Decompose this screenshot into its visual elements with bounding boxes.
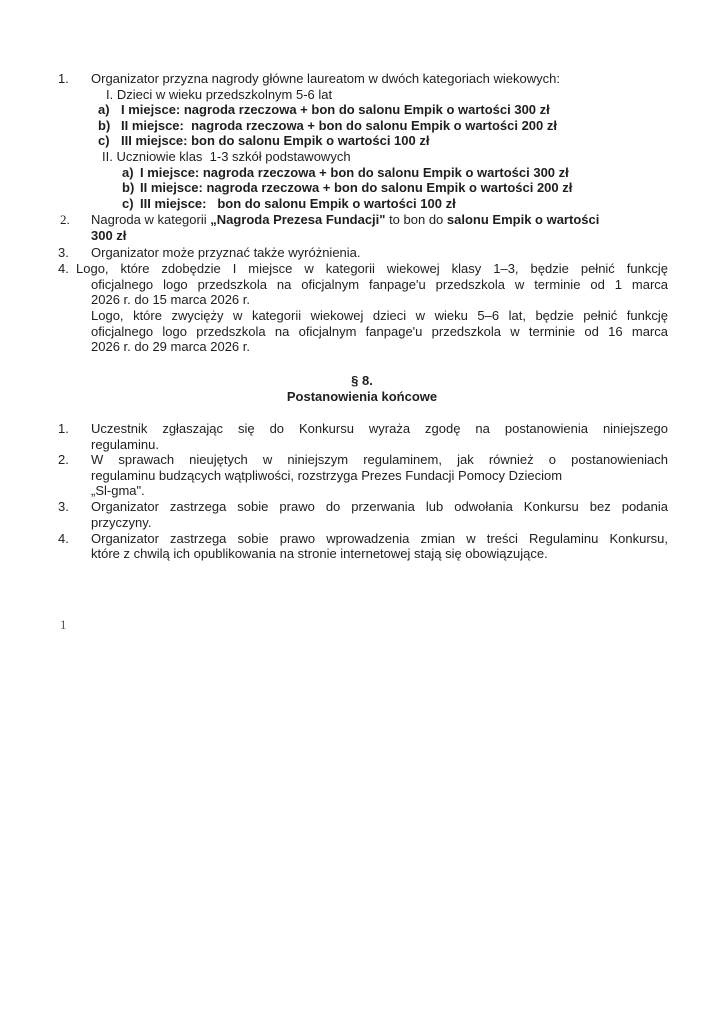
list-item-text: 300 zł	[91, 228, 126, 244]
prize-marker: c)	[98, 133, 110, 149]
list-number: 4.	[58, 261, 69, 277]
list-item-text: Organizator zastrzega sobie prawo do prz…	[91, 499, 668, 515]
page-number: 1	[60, 617, 67, 633]
prize-text: II miejsce: nagroda rzeczowa + bon do sa…	[121, 118, 557, 134]
list-number: 2.	[58, 452, 69, 468]
list-item-text: regulaminu.	[91, 437, 159, 453]
list-number: 3.	[58, 499, 69, 515]
list-item-text: Nagroda w kategorii „Nagroda Prezesa Fun…	[91, 212, 599, 228]
list-item-text: Logo, które zdobędzie I miejsce w katego…	[76, 261, 668, 277]
prize-marker: b)	[98, 118, 110, 134]
prize-marker: a)	[122, 165, 134, 181]
list-item-text: oficjalnego logo przedszkola na oficjaln…	[91, 324, 668, 340]
award-category-name: „Nagroda Prezesa Fundacji"	[210, 212, 385, 227]
list-item-text: 2026 r. do 15 marca 2026 r.	[91, 292, 250, 308]
list-number: 3.	[58, 245, 69, 261]
prize-marker: b)	[122, 180, 134, 196]
text-segment: Nagroda w kategorii	[91, 212, 210, 227]
prize-marker: a)	[98, 102, 110, 118]
list-item-text: Organizator przyzna nagrody główne laure…	[91, 71, 560, 87]
list-item-text: oficjalnego logo przedszkola na oficjaln…	[91, 277, 668, 293]
list-number: 4.	[58, 531, 69, 547]
list-item-text: przyczyny.	[91, 515, 151, 531]
list-number: 1.	[58, 71, 69, 87]
prize-marker: c)	[122, 196, 134, 212]
list-item-text: 2026 r. do 29 marca 2026 r.	[91, 339, 250, 355]
list-item-text: Organizator zastrzega sobie prawo wprowa…	[91, 531, 668, 547]
list-item-text: Logo, które zwycięży w kategorii wiekowe…	[91, 308, 668, 324]
list-item-text: „Sl-gma".	[91, 483, 145, 499]
prize-text: II miejsce: nagroda rzeczowa + bon do sa…	[140, 180, 572, 196]
list-number: 2.	[60, 212, 70, 228]
prize-text: III miejsce: bon do salonu Empik o warto…	[121, 133, 429, 149]
prize-text: III miejsce: bon do salonu Empik o warto…	[140, 196, 456, 212]
list-item-text: Uczestnik zgłaszając się do Konkursu wyr…	[91, 421, 668, 437]
category-label: I. Dzieci w wieku przedszkolnym 5-6 lat	[106, 87, 332, 103]
text-segment: to bon do	[385, 212, 446, 227]
list-item-text: Organizator może przyznać także wyróżnie…	[91, 245, 361, 261]
prize-text: I miejsce: nagroda rzeczowa + bon do sal…	[140, 165, 569, 181]
category-label: II. Uczniowie klas 1-3 szkół podstawowyc…	[102, 149, 351, 165]
text-segment: salonu Empik o wartości	[447, 212, 599, 227]
section-title: Postanowienia końcowe	[0, 389, 724, 405]
list-item-text: które z chwilą ich opublikowania na stro…	[91, 546, 548, 562]
section-number: § 8.	[0, 373, 724, 389]
prize-text: I miejsce: nagroda rzeczowa + bon do sal…	[121, 102, 550, 118]
list-item-text: W sprawach nieujętych w niniejszym regul…	[91, 452, 668, 468]
list-item-text: regulaminu budzących wątpliwości, rozstr…	[91, 468, 562, 484]
list-number: 1.	[58, 421, 69, 437]
